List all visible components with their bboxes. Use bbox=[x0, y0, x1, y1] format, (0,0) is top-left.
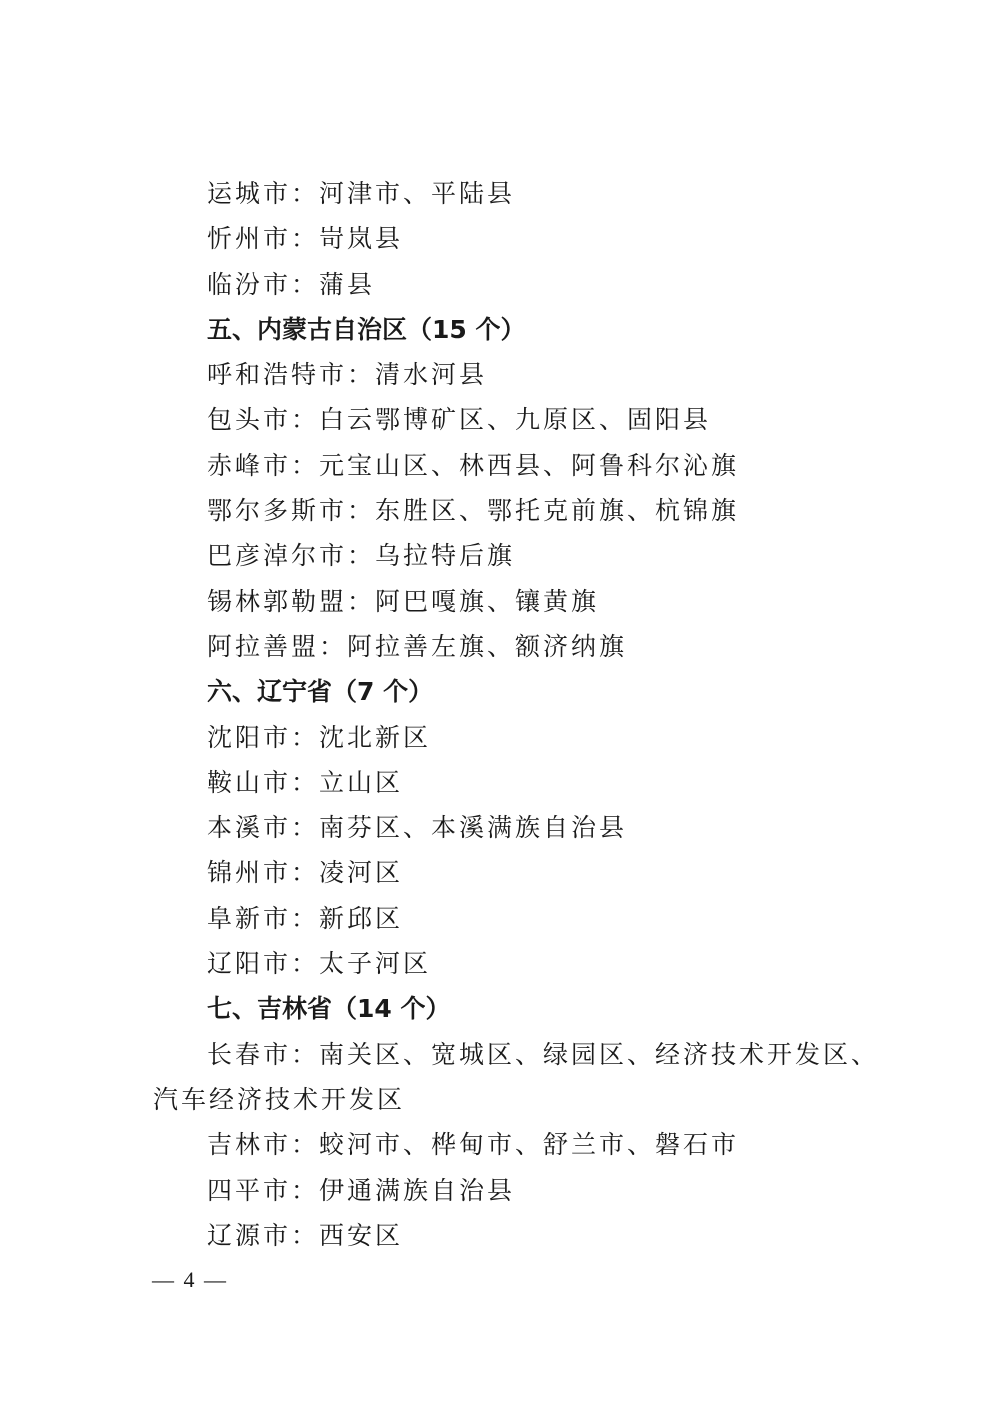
entry-changchun: 长春市：南关区、宽城区、绿园区、经济技术开发区、 bbox=[153, 1032, 853, 1077]
entry-ordos: 鄂尔多斯市：东胜区、鄂托克前旗、杭锦旗 bbox=[153, 488, 853, 533]
entry-siping: 四平市：伊通满族自治县 bbox=[153, 1168, 853, 1213]
document-body: 运城市：河津市、平陆县 忻州市：岢岚县 临汾市：蒲县 五、内蒙古自治区（15 个… bbox=[153, 171, 853, 1258]
entry-fuxin: 阜新市：新邱区 bbox=[153, 896, 853, 941]
entry-shenyang: 沈阳市：沈北新区 bbox=[153, 715, 853, 760]
page-number: — 4 — bbox=[152, 1267, 228, 1293]
entry-yuncheng: 运城市：河津市、平陆县 bbox=[153, 171, 853, 216]
entry-liaoyuan: 辽源市：西安区 bbox=[153, 1213, 853, 1258]
entry-chifeng: 赤峰市：元宝山区、林西县、阿鲁科尔沁旗 bbox=[153, 443, 853, 488]
entry-xinzhou: 忻州市：岢岚县 bbox=[153, 216, 853, 261]
entry-alxa: 阿拉善盟：阿拉善左旗、额济纳旗 bbox=[153, 624, 853, 669]
section-heading-liaoning: 六、辽宁省（7 个） bbox=[153, 669, 853, 714]
entry-baotou: 包头市：白云鄂博矿区、九原区、固阳县 bbox=[153, 397, 853, 442]
section-heading-inner-mongolia: 五、内蒙古自治区（15 个） bbox=[153, 307, 853, 352]
entry-bayannur: 巴彦淖尔市：乌拉特后旗 bbox=[153, 533, 853, 578]
entry-changchun-continued: 汽车经济技术开发区 bbox=[153, 1077, 853, 1122]
entry-jinzhou: 锦州市：凌河区 bbox=[153, 850, 853, 895]
entry-anshan: 鞍山市：立山区 bbox=[153, 760, 853, 805]
entry-linfen: 临汾市：蒲县 bbox=[153, 262, 853, 307]
entry-liaoyang: 辽阳市：太子河区 bbox=[153, 941, 853, 986]
entry-xilingol: 锡林郭勒盟：阿巴嘎旗、镶黄旗 bbox=[153, 579, 853, 624]
entry-benxi: 本溪市：南芬区、本溪满族自治县 bbox=[153, 805, 853, 850]
entry-jilin-city: 吉林市：蛟河市、桦甸市、舒兰市、磐石市 bbox=[153, 1122, 853, 1167]
section-heading-jilin: 七、吉林省（14 个） bbox=[153, 986, 853, 1031]
entry-hohhot: 呼和浩特市：清水河县 bbox=[153, 352, 853, 397]
